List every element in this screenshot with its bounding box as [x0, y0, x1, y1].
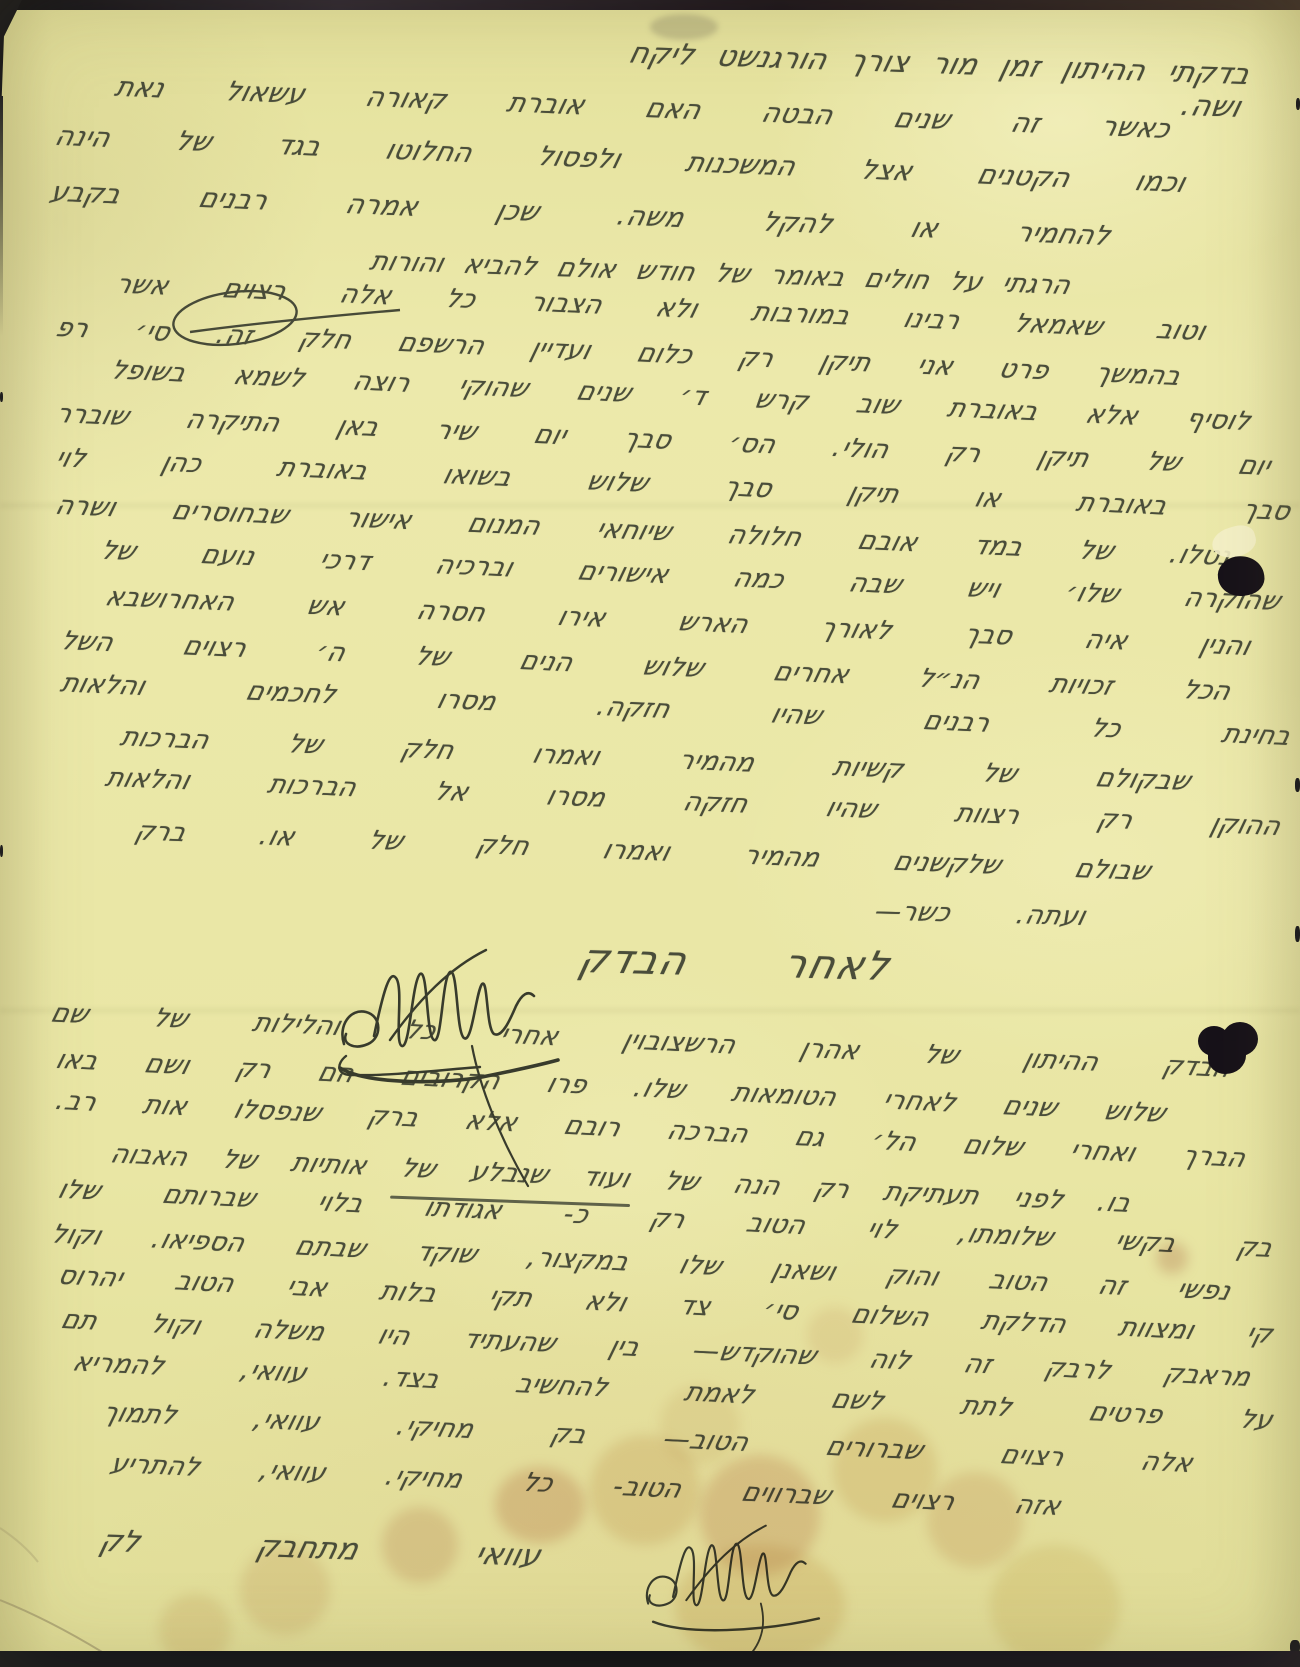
paper-stain [660, 1385, 740, 1465]
paper-stain [833, 1418, 937, 1522]
scan-edge-speck [1296, 98, 1300, 110]
pink-smudge [1156, 1242, 1188, 1274]
paper-stain [990, 1545, 1120, 1667]
scan-edge-speck [1295, 778, 1300, 792]
scan-edge-speck [0, 392, 3, 402]
paper-stain [807, 1307, 863, 1363]
scan-edge-speck [0, 845, 3, 857]
paper-stain [240, 1545, 330, 1635]
paper-stain [675, 1545, 845, 1667]
paper-stain [927, 1472, 1023, 1568]
scan-edge-corner [0, 0, 22, 96]
handwritten-line-19: ועתה. כשר— [871, 898, 1089, 933]
paper-stain [495, 1467, 585, 1543]
pencil-smudge [650, 14, 718, 40]
handwritten-line-20: לאחר הבדק [574, 936, 896, 990]
scan-edge-left [0, 96, 3, 336]
paper-stain [382, 1507, 458, 1583]
scanned-letter-page: בדקתי ההיתון זמן מור צורך הורגנשט ליקח ו… [0, 0, 1300, 1667]
scan-edge-top [0, 0, 1300, 10]
scan-edge-speck [1295, 926, 1300, 942]
scan-edge-bottom [0, 1651, 1300, 1667]
signature-scrawl-middle [330, 948, 570, 1188]
